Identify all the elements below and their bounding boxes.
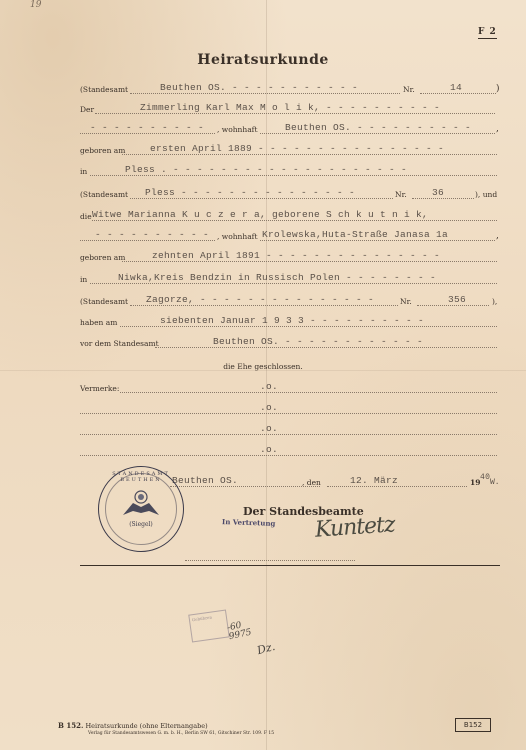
document-title: Heiratsurkunde [0,52,526,68]
groom-residence: Beuthen OS. - - - - - - - - - - [285,122,471,133]
marriage-office: Beuthen OS. - - - - - - - - - - - - [213,336,423,347]
comma: , [496,124,499,134]
in-label: in [80,167,87,176]
der-label: Der [80,105,94,114]
dotted-line [260,240,495,241]
dotted-line [80,240,215,241]
dotted-line [130,93,400,94]
geboren-am-label: geboren am [80,146,125,155]
remark-entry: .o. [260,423,278,434]
groom-birthdate: ersten April 1889 - - - - - - - - - - - … [150,143,444,154]
dotted-line [130,198,393,199]
eagle-emblem-icon [121,489,161,517]
form-code: F 2 [478,27,497,39]
dotted-line [80,455,497,456]
dotted-line [260,133,495,134]
groom-birthplace: Pless . - - - - - - - - - - - - - - - - … [125,164,407,175]
bride-residence-row: - - - - - - - - - - , wohnhaft Krolewska… [80,227,500,243]
official-seal: STANDESAMT BEUTHEN (Siegel) [98,466,184,552]
year-suffix: 40 [480,473,490,482]
dotted-line [122,261,497,262]
dotted-line [412,198,474,199]
groom-name: Zimmerling Karl Max M o l i k, - - - - -… [140,102,440,113]
dotted-line [92,220,497,221]
remark-entry: .o. [260,381,278,392]
close-paren: ), [492,297,497,306]
seal-ring-text: STANDESAMT BEUTHEN [99,471,183,483]
in-label: in [80,275,87,284]
registrar-signature: Kuntetz [314,512,395,542]
wohnhaft-label: , wohnhaft [217,125,257,134]
groom-office: Pless - - - - - - - - - - - - - - - [145,187,355,198]
bride-nr-value: 356 [448,294,466,305]
bride-office: Zagorze, - - - - - - - - - - - - - - - [146,294,374,305]
die-label: die [80,212,92,221]
vor-dem-standesamt-label: vor dem Standesamt [80,339,159,348]
dotted-line [170,486,320,487]
issuance-date: 12. März [350,475,398,486]
dotted-line [120,392,497,393]
groom-birthplace-row: in Pless . - - - - - - - - - - - - - - -… [80,162,500,178]
bride-birthplace: Niwka,Kreis Bendzin in Russisch Polen - … [118,272,436,283]
registry-office-row: (Standesamt Beuthen OS. - - - - - - - - … [80,80,500,96]
groom-occupation: - - - - - - - - - - [90,122,204,133]
marriage-date: siebenten Januar 1 9 3 3 - - - - - - - -… [160,315,424,326]
remarks-row-3: .o. [80,421,500,437]
dotted-line [90,283,497,284]
remarks-row-2: .o. [80,400,500,416]
remark-entry: .o. [260,402,278,413]
bride-occupation: - - - - - - - - - - [95,229,209,240]
corner-pencil-note: 19 [30,0,41,10]
bottom-rule [80,565,500,566]
archive-handwritten-note: -60 9975 [226,620,252,642]
seal-label: (Siegel) [99,521,183,528]
archive-stamp: Gebühren [188,609,230,642]
certificate-page: 19 F 2 Heiratsurkunde (Standesamt Beuthe… [0,0,526,750]
groom-office-row: (Standesamt Pless - - - - - - - - - - - … [80,185,500,201]
bride-name: Witwe Marianna K u c z e r a, geborene S… [92,209,428,220]
marriage-date-row: haben am siebenten Januar 1 9 3 3 - - - … [80,313,500,329]
bride-residence: Krolewska,Huta-Straße Janasa 1a [262,229,448,240]
und-label: ), und [475,190,497,199]
groom-name-row: Der Zimmerling Karl Max M o l i k, - - -… [80,100,500,116]
remarks-label: Vermerke: [80,384,119,393]
bride-birthdate-row: geboren am zehnten April 1891 - - - - - … [80,248,500,264]
dotted-line [80,434,497,435]
groom-nr-value: 36 [432,187,444,198]
dotted-line [327,486,467,487]
close-paren: ) [496,84,500,94]
dotted-line [80,133,215,134]
standesamt-label: (Standesamt [80,297,128,306]
remark-entry: .o. [260,444,278,455]
groom-birthdate-row: geboren am ersten April 1889 - - - - - -… [80,141,500,157]
dotted-line [417,305,489,306]
in-vertretung-stamp: In Vertretung [222,517,276,528]
nr-label: Nr. [400,297,412,306]
dotted-line [122,154,497,155]
footer-form-id: B 152. [58,721,83,730]
remarks-row-4: .o. [80,442,500,458]
registry-office-value: Beuthen OS. - - - - - - - - - - - [160,82,358,93]
dotted-line [120,326,497,327]
issuance-mark: W. [490,478,500,487]
groom-residence-row: - - - - - - - - - - , wohnhaft Beuthen O… [80,120,500,136]
standesamt-label: (Standesamt [80,85,128,94]
signature-line [185,560,355,561]
footer-form-code-box: B152 [455,718,491,732]
marriage-concluded-text: die Ehe geschlossen. [0,362,526,371]
dotted-line [80,413,497,414]
den-label: , den [302,478,321,487]
bride-birthdate: zehnten April 1891 - - - - - - - - - - -… [152,250,440,261]
haben-am-label: haben am [80,318,117,327]
year-prefix: 19 [470,478,480,487]
bride-office-row: (Standesamt Zagorze, - - - - - - - - - -… [80,292,500,308]
dotted-line [155,347,497,348]
bride-birthplace-row: in Niwka,Kreis Bendzin in Russisch Polen… [80,270,500,286]
registry-nr-value: 14 [450,82,462,93]
archive-note-line2: 9975 [228,629,252,643]
marriage-office-row: vor dem Standesamt Beuthen OS. - - - - -… [80,334,500,350]
standesamt-label: (Standesamt [80,190,128,199]
footer-form-line: B 152. Heiratsurkunde (ohne Elternangabe… [58,721,208,730]
geboren-am-label: geboren am [80,253,125,262]
footer-publisher: Verlag für Standesamtswesen G. m. b. H.,… [88,731,274,736]
dotted-line [130,305,398,306]
comma: , [496,231,499,241]
dotted-line [420,93,496,94]
remarks-row-1: Vermerke: .o. [80,379,500,395]
bride-name-row: die Witwe Marianna K u c z e r a, gebore… [80,207,500,223]
dotted-line [95,113,495,114]
dotted-line [90,175,497,176]
archive-initial: Dz. [256,640,277,657]
nr-label: Nr. [403,85,415,94]
nr-label: Nr. [395,190,407,199]
wohnhaft-label: , wohnhaft [217,232,257,241]
footer-form-name: Heiratsurkunde (ohne Elternangabe) [85,722,207,730]
